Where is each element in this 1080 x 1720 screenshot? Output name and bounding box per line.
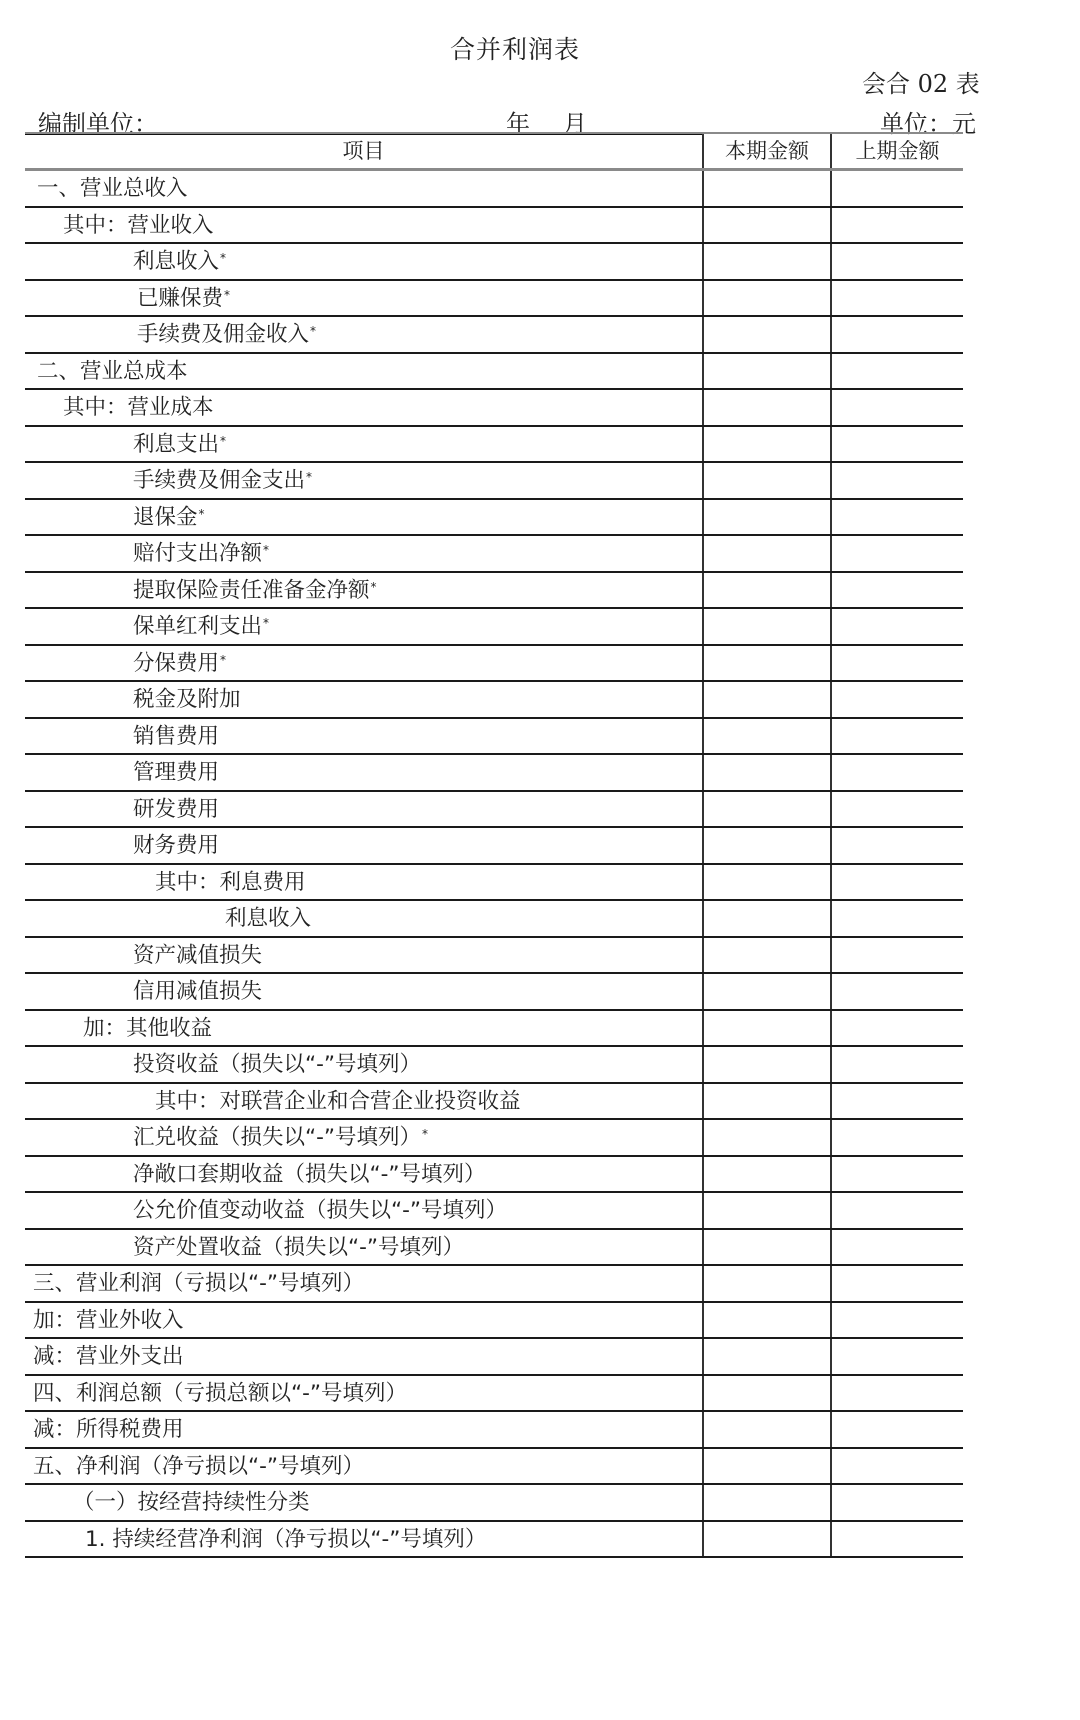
row-label: 财务费用 — [25, 833, 219, 858]
footnote-star-icon: * — [224, 288, 230, 302]
table-row: 提取保险责任准备金净额* — [25, 573, 963, 610]
table-row: 净敞口套期收益（损失以“-”号填列） — [25, 1157, 963, 1194]
footnote-star-icon: * — [263, 616, 269, 630]
row-item-cell: 资产减值损失 — [25, 938, 702, 973]
prior-period-amount-cell[interactable] — [830, 719, 963, 754]
row-label: 其中：利息费用 — [25, 870, 306, 895]
row-item-cell: 二、营业总成本 — [25, 354, 702, 389]
prior-period-amount-cell[interactable] — [830, 1339, 963, 1374]
table-row: 加：其他收益 — [25, 1011, 963, 1048]
row-item-cell: 加：其他收益 — [25, 1011, 702, 1046]
row-item-cell: （一）按经营持续性分类 — [25, 1485, 702, 1520]
row-item-cell: 减：营业外支出 — [25, 1339, 702, 1374]
table-row: 利息支出* — [25, 427, 963, 464]
prior-period-amount-cell[interactable] — [830, 317, 963, 352]
row-label: 利息收入 — [25, 249, 219, 274]
prior-period-amount-cell[interactable] — [830, 1376, 963, 1411]
table-row: 资产处置收益（损失以“-”号填列） — [25, 1230, 963, 1267]
row-label: 三、营业利润（亏损以“-”号填列） — [25, 1271, 364, 1296]
row-item-cell: 其中：营业收入 — [25, 208, 702, 243]
table-row: 利息收入* — [25, 244, 963, 281]
prior-period-amount-cell[interactable] — [830, 171, 963, 206]
row-label: 研发费用 — [25, 797, 219, 822]
row-label: 手续费及佣金收入 — [25, 322, 309, 347]
row-item-cell: 公允价值变动收益（损失以“-”号填列） — [25, 1193, 702, 1228]
prior-period-amount-cell[interactable] — [830, 1047, 963, 1082]
prior-period-amount-cell[interactable] — [830, 1084, 963, 1119]
row-label: 利息收入 — [25, 906, 311, 931]
table-row: 税金及附加 — [25, 682, 963, 719]
current-period-amount-cell[interactable] — [702, 938, 830, 973]
table-row: 利息收入 — [25, 901, 963, 938]
current-period-amount-cell[interactable] — [702, 865, 830, 900]
row-item-cell: 研发费用 — [25, 792, 702, 827]
row-label: 净敞口套期收益（损失以“-”号填列） — [25, 1162, 486, 1187]
row-item-cell: 销售费用 — [25, 719, 702, 754]
prior-period-amount-cell[interactable] — [830, 609, 963, 644]
current-period-amount-cell[interactable] — [702, 1011, 830, 1046]
prior-period-amount-cell[interactable] — [830, 208, 963, 243]
table-row: 手续费及佣金支出* — [25, 463, 963, 500]
prior-period-amount-cell[interactable] — [830, 1522, 963, 1557]
table-body: 一、营业总收入其中：营业收入利息收入*已赚保费*手续费及佣金收入*二、营业总成本… — [25, 171, 963, 1558]
current-period-amount-cell[interactable] — [702, 609, 830, 644]
table-row: 管理费用 — [25, 755, 963, 792]
row-label: 减：营业外支出 — [25, 1344, 184, 1369]
prior-period-amount-cell[interactable] — [830, 828, 963, 863]
table-row: 二、营业总成本 — [25, 354, 963, 391]
row-item-cell: 一、营业总收入 — [25, 171, 702, 206]
prior-period-amount-cell[interactable] — [830, 938, 963, 973]
prior-period-amount-cell[interactable] — [830, 281, 963, 316]
row-item-cell: 加：营业外收入 — [25, 1303, 702, 1338]
current-period-amount-cell[interactable] — [702, 1120, 830, 1155]
current-period-amount-cell[interactable] — [702, 682, 830, 717]
row-item-cell: 税金及附加 — [25, 682, 702, 717]
prior-period-amount-cell[interactable] — [830, 354, 963, 389]
footnote-star-icon: * — [220, 251, 226, 265]
table-header-row: 项目 本期金额 上期金额 — [25, 132, 963, 171]
table-row: （一）按经营持续性分类 — [25, 1485, 963, 1522]
current-period-amount-cell[interactable] — [702, 1449, 830, 1484]
current-period-amount-cell[interactable] — [702, 573, 830, 608]
current-period-amount-cell[interactable] — [702, 390, 830, 425]
row-label: 一、营业总收入 — [25, 176, 188, 201]
row-label: 信用减值损失 — [25, 979, 262, 1004]
row-label: 减：所得税费用 — [25, 1417, 184, 1442]
prior-period-amount-cell[interactable] — [830, 1449, 963, 1484]
current-period-amount-cell[interactable] — [702, 1485, 830, 1520]
row-label: 保单红利支出 — [25, 614, 262, 639]
table-row: 三、营业利润（亏损以“-”号填列） — [25, 1266, 963, 1303]
row-item-cell: 赔付支出净额* — [25, 536, 702, 571]
current-period-amount-cell[interactable] — [702, 354, 830, 389]
row-label: 其中：营业收入 — [25, 213, 214, 238]
table-row: 加：营业外收入 — [25, 1303, 963, 1340]
footnote-star-icon: * — [263, 543, 269, 557]
row-label: 公允价值变动收益（损失以“-”号填列） — [25, 1198, 507, 1223]
form-code: 会合 02 表 — [862, 64, 980, 99]
current-period-amount-cell[interactable] — [702, 719, 830, 754]
row-label: （一）按经营持续性分类 — [25, 1490, 310, 1515]
table-row: 其中：利息费用 — [25, 865, 963, 902]
row-item-cell: 分保费用* — [25, 646, 702, 681]
current-period-amount-cell[interactable] — [702, 500, 830, 535]
current-period-amount-cell[interactable] — [702, 1339, 830, 1374]
table-row: 四、利润总额（亏损总额以“-”号填列） — [25, 1376, 963, 1413]
row-item-cell: 1. 持续经营净利润（净亏损以“-”号填列） — [25, 1522, 702, 1557]
table-row: 财务费用 — [25, 828, 963, 865]
row-item-cell: 利息收入 — [25, 901, 702, 936]
row-item-cell: 提取保险责任准备金净额* — [25, 573, 702, 608]
table-row: 其中：营业成本 — [25, 390, 963, 427]
prior-period-amount-cell[interactable] — [830, 682, 963, 717]
row-item-cell: 四、利润总额（亏损总额以“-”号填列） — [25, 1376, 702, 1411]
row-label: 二、营业总成本 — [25, 359, 188, 384]
current-period-amount-cell[interactable] — [702, 901, 830, 936]
row-label: 利息支出 — [25, 432, 219, 457]
row-label: 加：营业外收入 — [25, 1308, 184, 1333]
row-item-cell: 减：所得税费用 — [25, 1412, 702, 1447]
row-item-cell: 五、净利润（净亏损以“-”号填列） — [25, 1449, 702, 1484]
table-row: 减：所得税费用 — [25, 1412, 963, 1449]
table-row: 公允价值变动收益（损失以“-”号填列） — [25, 1193, 963, 1230]
table-row: 赔付支出净额* — [25, 536, 963, 573]
table-row: 其中：营业收入 — [25, 208, 963, 245]
table-row: 分保费用* — [25, 646, 963, 683]
header-prior-period: 上期金额 — [830, 134, 963, 168]
prior-period-amount-cell[interactable] — [830, 1230, 963, 1265]
row-item-cell: 退保金* — [25, 500, 702, 535]
current-period-amount-cell[interactable] — [702, 755, 830, 790]
current-period-amount-cell[interactable] — [702, 646, 830, 681]
row-item-cell: 已赚保费* — [25, 281, 702, 316]
row-label: 分保费用 — [25, 651, 219, 676]
table-row: 研发费用 — [25, 792, 963, 829]
row-label: 赔付支出净额 — [25, 541, 262, 566]
current-period-amount-cell[interactable] — [702, 171, 830, 206]
row-item-cell: 手续费及佣金收入* — [25, 317, 702, 352]
row-label: 投资收益（损失以“-”号填列） — [25, 1052, 421, 1077]
row-item-cell: 利息支出* — [25, 427, 702, 462]
row-item-cell: 保单红利支出* — [25, 609, 702, 644]
row-label: 退保金 — [25, 505, 198, 530]
prior-period-amount-cell[interactable] — [830, 646, 963, 681]
footnote-star-icon: * — [199, 507, 205, 521]
table-row: 减：营业外支出 — [25, 1339, 963, 1376]
table-row: 信用减值损失 — [25, 974, 963, 1011]
current-period-amount-cell[interactable] — [702, 1230, 830, 1265]
prior-period-amount-cell[interactable] — [830, 755, 963, 790]
prior-period-amount-cell[interactable] — [830, 1266, 963, 1301]
header-current-period: 本期金额 — [702, 134, 830, 168]
row-label: 已赚保费 — [25, 286, 223, 311]
row-label: 汇兑收益（损失以“-”号填列） — [25, 1125, 421, 1150]
prior-period-amount-cell[interactable] — [830, 463, 963, 498]
current-period-amount-cell[interactable] — [702, 427, 830, 462]
table-row: 投资收益（损失以“-”号填列） — [25, 1047, 963, 1084]
row-label: 五、净利润（净亏损以“-”号填列） — [25, 1454, 364, 1479]
row-label: 管理费用 — [25, 760, 219, 785]
row-label: 其中：营业成本 — [25, 395, 214, 420]
current-period-amount-cell[interactable] — [702, 1522, 830, 1557]
row-item-cell: 汇兑收益（损失以“-”号填列）* — [25, 1120, 702, 1155]
row-item-cell: 信用减值损失 — [25, 974, 702, 1009]
current-period-amount-cell[interactable] — [702, 1412, 830, 1447]
footnote-star-icon: * — [220, 653, 226, 667]
row-label: 加：其他收益 — [25, 1016, 212, 1041]
footnote-star-icon: * — [422, 1127, 428, 1141]
row-item-cell: 财务费用 — [25, 828, 702, 863]
current-period-amount-cell[interactable] — [702, 1193, 830, 1228]
prior-period-amount-cell[interactable] — [830, 1412, 963, 1447]
row-label: 手续费及佣金支出 — [25, 468, 305, 493]
current-period-amount-cell[interactable] — [702, 244, 830, 279]
prior-period-amount-cell[interactable] — [830, 573, 963, 608]
prior-period-amount-cell[interactable] — [830, 536, 963, 571]
current-period-amount-cell[interactable] — [702, 317, 830, 352]
footnote-star-icon: * — [310, 324, 316, 338]
prior-period-amount-cell[interactable] — [830, 1011, 963, 1046]
prior-period-amount-cell[interactable] — [830, 500, 963, 535]
row-label: 税金及附加 — [25, 687, 241, 712]
table-row: 五、净利润（净亏损以“-”号填列） — [25, 1449, 963, 1486]
footnote-star-icon: * — [371, 580, 377, 594]
table-row: 其中：对联营企业和合营企业投资收益 — [25, 1084, 963, 1121]
prior-period-amount-cell[interactable] — [830, 974, 963, 1009]
table-row: 资产减值损失 — [25, 938, 963, 975]
current-period-amount-cell[interactable] — [702, 792, 830, 827]
current-period-amount-cell[interactable] — [702, 1084, 830, 1119]
prior-period-amount-cell[interactable] — [830, 244, 963, 279]
current-period-amount-cell[interactable] — [702, 828, 830, 863]
current-period-amount-cell[interactable] — [702, 463, 830, 498]
prior-period-amount-cell[interactable] — [830, 427, 963, 462]
table-row: 已赚保费* — [25, 281, 963, 318]
row-label: 其中：对联营企业和合营企业投资收益 — [25, 1089, 521, 1114]
row-item-cell: 投资收益（损失以“-”号填列） — [25, 1047, 702, 1082]
current-period-amount-cell[interactable] — [702, 1376, 830, 1411]
table-row: 手续费及佣金收入* — [25, 317, 963, 354]
prior-period-amount-cell[interactable] — [830, 1120, 963, 1155]
row-item-cell: 净敞口套期收益（损失以“-”号填列） — [25, 1157, 702, 1192]
row-item-cell: 资产处置收益（损失以“-”号填列） — [25, 1230, 702, 1265]
document-title: 合并利润表 — [0, 30, 1030, 66]
prior-period-amount-cell[interactable] — [830, 1485, 963, 1520]
prior-period-amount-cell[interactable] — [830, 1157, 963, 1192]
row-label: 提取保险责任准备金净额 — [25, 578, 370, 603]
prior-period-amount-cell[interactable] — [830, 1303, 963, 1338]
prior-period-amount-cell[interactable] — [830, 865, 963, 900]
table-row: 退保金* — [25, 500, 963, 537]
row-item-cell: 其中：利息费用 — [25, 865, 702, 900]
current-period-amount-cell[interactable] — [702, 281, 830, 316]
footnote-star-icon: * — [220, 434, 226, 448]
table-row: 销售费用 — [25, 719, 963, 756]
table-row: 汇兑收益（损失以“-”号填列）* — [25, 1120, 963, 1157]
current-period-amount-cell[interactable] — [702, 536, 830, 571]
row-label: 销售费用 — [25, 724, 219, 749]
row-item-cell: 利息收入* — [25, 244, 702, 279]
prior-period-amount-cell[interactable] — [830, 792, 963, 827]
table-row: 保单红利支出* — [25, 609, 963, 646]
current-period-amount-cell[interactable] — [702, 1303, 830, 1338]
row-label: 资产处置收益（损失以“-”号填列） — [25, 1235, 464, 1260]
row-label: 资产减值损失 — [25, 943, 262, 968]
row-label: 四、利润总额（亏损总额以“-”号填列） — [25, 1381, 407, 1406]
header-item: 项目 — [25, 134, 702, 168]
row-item-cell: 三、营业利润（亏损以“-”号填列） — [25, 1266, 702, 1301]
row-item-cell: 其中：对联营企业和合营企业投资收益 — [25, 1084, 702, 1119]
row-label: 1. 持续经营净利润（净亏损以“-”号填列） — [25, 1527, 486, 1552]
prior-period-amount-cell[interactable] — [830, 901, 963, 936]
income-statement-table: 项目 本期金额 上期金额 一、营业总收入其中：营业收入利息收入*已赚保费*手续费… — [25, 132, 963, 1558]
footnote-star-icon: * — [306, 470, 312, 484]
table-row: 1. 持续经营净利润（净亏损以“-”号填列） — [25, 1522, 963, 1559]
row-item-cell: 管理费用 — [25, 755, 702, 790]
current-period-amount-cell[interactable] — [702, 1157, 830, 1192]
current-period-amount-cell[interactable] — [702, 1266, 830, 1301]
current-period-amount-cell[interactable] — [702, 1047, 830, 1082]
current-period-amount-cell[interactable] — [702, 974, 830, 1009]
prior-period-amount-cell[interactable] — [830, 390, 963, 425]
document-meta-row: 编制单位： 年 月 单位：元 — [0, 104, 1080, 134]
row-item-cell: 手续费及佣金支出* — [25, 463, 702, 498]
table-row: 一、营业总收入 — [25, 171, 963, 208]
current-period-amount-cell[interactable] — [702, 208, 830, 243]
row-item-cell: 其中：营业成本 — [25, 390, 702, 425]
prior-period-amount-cell[interactable] — [830, 1193, 963, 1228]
